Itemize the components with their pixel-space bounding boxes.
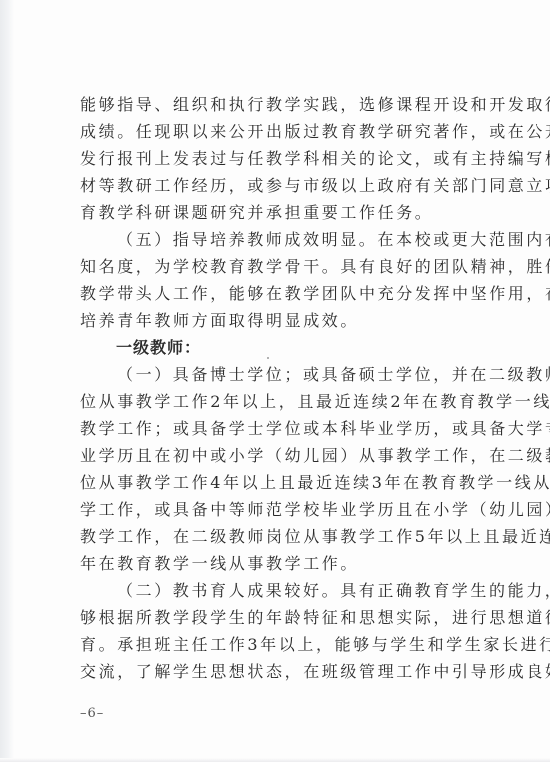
paragraph-item-2: （二）教书育人成果较好。具有正确教育学生的能力，能 够根据所教学段学生的年龄特征… (80, 577, 476, 685)
text-line: 教学工作，在二级教师岗位从事教学工作5年以上且最近连续3 (80, 523, 476, 550)
page-number: –6– (80, 706, 104, 721)
text-line: 培养青年教师方面取得明显成效。 (80, 307, 476, 334)
text-line: 教学工作；或具备学士学位或本科毕业学历，或具备大学专科毕 (80, 415, 476, 442)
text-line: （五）指导培养教师成效明显。在本校或更大范围内有较高 (80, 226, 476, 253)
text-line: 发行报刊上发表过与任教学科相关的论文，或有主持编写校本教 (80, 145, 476, 172)
scanned-page: 能够指导、组织和执行教学实践，选修课程开设和开发取得突出 成绩。任现职以来公开出… (0, 0, 550, 762)
text-line: 够根据所教学段学生的年龄特征和思想实际，进行思想道德教 (80, 604, 476, 631)
scan-shadow-left (0, 0, 14, 762)
text-line: （二）教书育人成果较好。具有正确教育学生的能力，能 (80, 577, 476, 604)
text-line: 育。承担班主任工作3年以上，能够与学生和学生家长进行有效 (80, 631, 476, 658)
text-line: 位从事教学工作4年以上且最近连续3年在教育教学一线从事教 (80, 469, 476, 496)
text-line: 教学带头人工作，能够在教学团队中充分发挥中坚作用，在指导、 (80, 280, 476, 307)
paragraph-item-1: （一）具备博士学位；或具备硕士学位，并在二级教师岗 位从事教学工作2年以上，且最… (80, 361, 476, 577)
document-body: 能够指导、组织和执行教学实践，选修课程开设和开发取得突出 成绩。任现职以来公开出… (80, 91, 476, 685)
text-line: 学工作，或具备中等师范学校毕业学历且在小学（幼儿园）从事 (80, 496, 476, 523)
text-line: 交流，了解学生思想状态，在班级管理工作中引导形成良好班风 (80, 658, 476, 685)
text-line: 知名度，为学校教育教学骨干。具有良好的团队精神，胜任教育 (80, 253, 476, 280)
text-line: 位从事教学工作2年以上，且最近连续2年在教育教学一线从事 (80, 388, 476, 415)
text-line: 能够指导、组织和执行教学实践，选修课程开设和开发取得突出 (80, 91, 476, 118)
text-line: 育教学科研课题研究并承担重要工作任务。 (80, 199, 476, 226)
text-line: 成绩。任现职以来公开出版过教育教学研究著作，或在公开出版 (80, 118, 476, 145)
paragraph-item-5: （五）指导培养教师成效明显。在本校或更大范围内有较高 知名度，为学校教育教学骨干… (80, 226, 476, 334)
scan-speck (267, 357, 269, 359)
text-line: 年在教育教学一线从事教学工作。 (80, 550, 476, 577)
text-line: 材等教研工作经历，或参与市级以上政府有关部门同意立项的教 (80, 172, 476, 199)
text-line: 业学历且在初中或小学（幼儿园）从事教学工作，在二级教师岗 (80, 442, 476, 469)
text-line: （一）具备博士学位；或具备硕士学位，并在二级教师岗 (80, 361, 476, 388)
section-heading-first-level-teacher: 一级教师： (80, 334, 476, 361)
scan-shadow-bottom (0, 758, 550, 762)
paragraph-continuation: 能够指导、组织和执行教学实践，选修课程开设和开发取得突出 成绩。任现职以来公开出… (80, 91, 476, 226)
